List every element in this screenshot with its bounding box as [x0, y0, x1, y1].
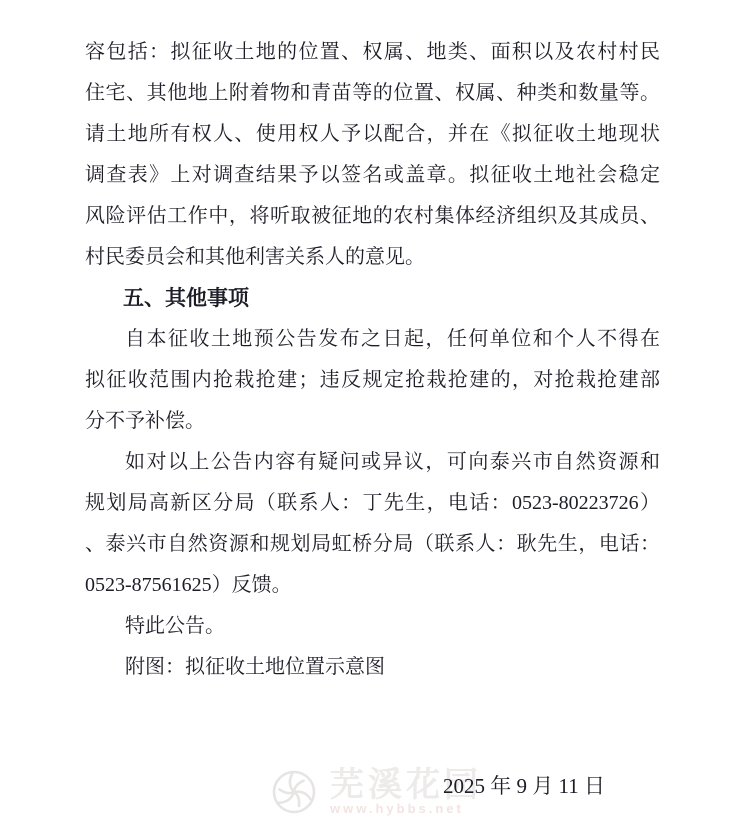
closing-line: 特此公告。: [85, 606, 660, 647]
body-line: 容包括：拟征收土地的位置、权属、地类、面积以及农村村民: [85, 32, 660, 73]
body-line-contact-hongqiao: 、泰兴市自然资源和规划局虹桥分局（联系人：耿先生，电话：: [85, 524, 660, 565]
document-body: 容包括：拟征收土地的位置、权属、地类、面积以及农村村民 住宅、其他地上附着物和青…: [0, 0, 738, 807]
body-line: 风险评估工作中，将听取被征地的农村集体经济组织及其成员、: [85, 196, 660, 237]
body-line: 0523-87561625）反馈。: [85, 565, 660, 606]
body-line: 村民委员会和其他利害关系人的意见。: [85, 237, 660, 278]
body-line: 自本征收土地预公告发布之日起，任何单位和个人不得在: [85, 319, 660, 360]
date-line: 2025 年 9 月 11 日: [85, 766, 660, 807]
body-line: 如对以上公告内容有疑问或异议，可向泰兴市自然资源和: [85, 442, 660, 483]
body-line: 请土地所有权人、使用权人予以配合，并在《拟征收土地现状: [85, 114, 660, 155]
body-line: 住宅、其他地上附着物和青苗等的位置、权属、种类和数量等。: [85, 73, 660, 114]
document-page: 芜溪花园 www.hybbs.net 容包括：拟征收土地的位置、权属、地类、面积…: [0, 0, 738, 825]
body-line: 分不予补偿。: [85, 401, 660, 442]
body-line: 拟征收范围内抢栽抢建；违反规定抢栽抢建的，对抢栽抢建部: [85, 360, 660, 401]
section-heading-other-matters: 五、其他事项: [85, 278, 660, 319]
body-line: 调查表》上对调查结果予以签名或盖章。拟征收土地社会稳定: [85, 155, 660, 196]
body-line-contact-gaoxin: 规划局高新区分局（联系人：丁先生，电话：0523-80223726）: [85, 483, 660, 524]
attachment-line: 附图：拟征收土地位置示意图: [85, 647, 660, 688]
